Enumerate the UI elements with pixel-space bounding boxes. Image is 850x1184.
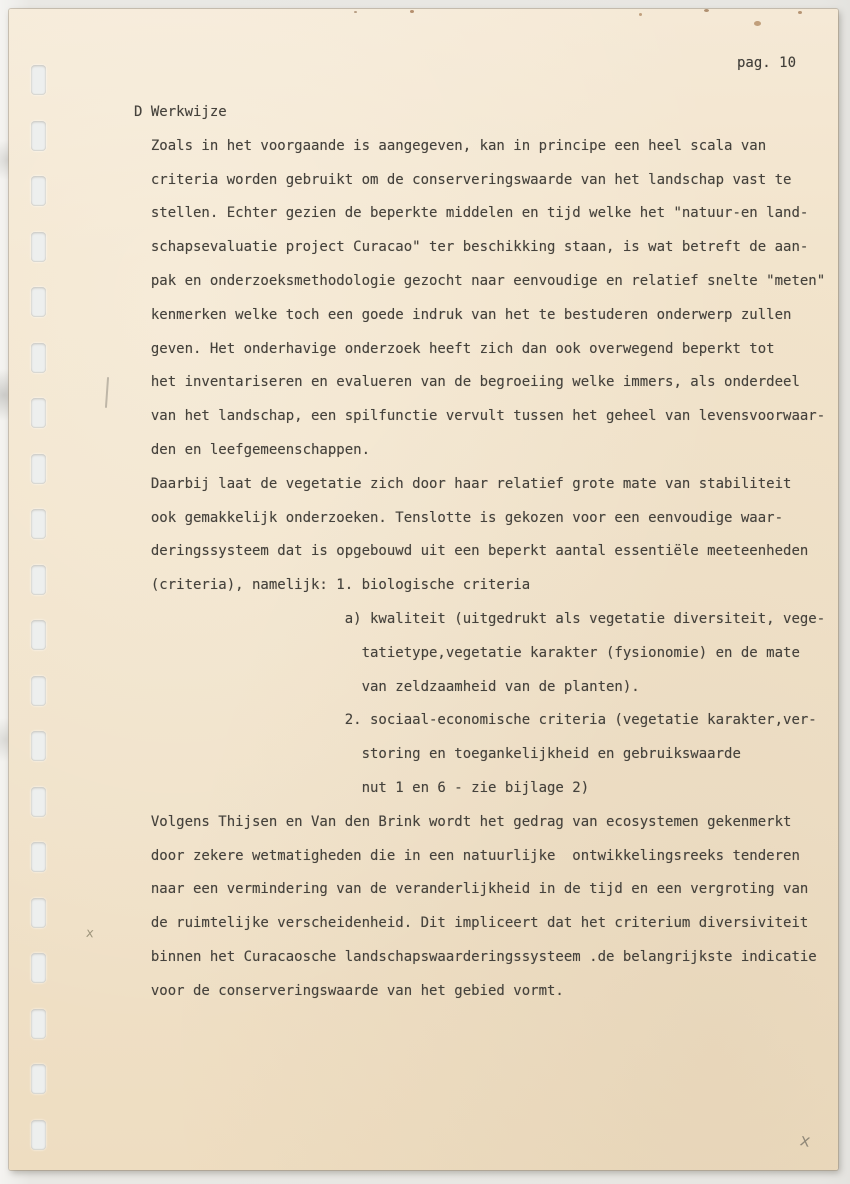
section-heading: D Werkwijze (134, 96, 834, 130)
pencil-slash-mark (105, 377, 109, 408)
text-line: Daarbij laat de vegetatie zich door haar… (134, 468, 834, 502)
binder-hole (31, 287, 46, 317)
text-line: 2. sociaal-economische criteria (vegetat… (134, 704, 834, 738)
text-line: schapsevaluatie project Curacao" ter bes… (134, 231, 834, 265)
rust-stain (639, 13, 642, 16)
text-line: geven. Het onderhavige onderzoek heeft z… (134, 333, 834, 367)
page-number: pag. 10 (737, 55, 796, 72)
text-line: ook gemakkelijk onderzoeken. Tenslotte i… (134, 502, 834, 536)
text-line: van het landschap, een spilfunctie vervu… (134, 400, 834, 434)
text-line: door zekere wetmatigheden die in een nat… (134, 840, 834, 874)
binder-hole (31, 1009, 46, 1039)
text-line: stellen. Echter gezien de beperkte midde… (134, 197, 834, 231)
binder-hole (31, 953, 46, 983)
binder-hole (31, 787, 46, 817)
document-page: pag. 10 D Werkwijze Zoals in het voorgaa… (9, 9, 838, 1170)
text-line: de ruimtelijke verscheidenheid. Dit impl… (134, 907, 834, 941)
binder-hole (31, 176, 46, 206)
binder-hole (31, 842, 46, 872)
text-line: (criteria), namelijk: 1. biologische cri… (134, 569, 834, 603)
binder-hole (31, 232, 46, 262)
binder-hole (31, 676, 46, 706)
text-line: naar een vermindering van de veranderlij… (134, 873, 834, 907)
text-line: deringssysteem dat is opgebouwd uit een … (134, 535, 834, 569)
pencil-x-mark-left: x (85, 926, 94, 942)
binder-hole (31, 731, 46, 761)
text-line: criteria worden gebruikt om de conserver… (134, 164, 834, 198)
rust-stain (754, 21, 761, 26)
binder-hole (31, 65, 46, 95)
binder-hole (31, 1064, 46, 1094)
binder-hole (31, 398, 46, 428)
rust-stain (354, 11, 357, 13)
text-line: Volgens Thijsen en Van den Brink wordt h… (134, 806, 834, 840)
binder-hole (31, 620, 46, 650)
text-line: het inventariseren en evalueren van de b… (134, 366, 834, 400)
binder-hole (31, 565, 46, 595)
typewritten-text: D Werkwijze Zoals in het voorgaande is a… (134, 96, 834, 1009)
binder-hole (31, 509, 46, 539)
scan-background: pag. 10 D Werkwijze Zoals in het voorgaa… (0, 0, 850, 1184)
binder-hole (31, 454, 46, 484)
binder-hole (31, 343, 46, 373)
text-line: nut 1 en 6 - zie bijlage 2) (134, 772, 834, 806)
text-line: Zoals in het voorgaande is aangegeven, k… (134, 130, 834, 164)
text-line: storing en toegankelijkheid en gebruiksw… (134, 738, 834, 772)
binder-hole (31, 1120, 46, 1150)
binder-hole (31, 121, 46, 151)
binder-hole (31, 898, 46, 928)
text-line: voor de conserveringswaarde van het gebi… (134, 975, 834, 1009)
rust-stain (798, 11, 802, 14)
text-line: binnen het Curacaosche landschapswaarder… (134, 941, 834, 975)
text-line: a) kwaliteit (uitgedrukt als vegetatie d… (134, 603, 834, 637)
text-line: kenmerken welke toch een goede indruk va… (134, 299, 834, 333)
pencil-x-mark-bottom: x (798, 1130, 812, 1152)
rust-stain (410, 10, 414, 13)
rust-stain (704, 9, 709, 12)
text-line: pak en onderzoeksmethodologie gezocht na… (134, 265, 834, 299)
text-line: den en leefgemeenschappen. (134, 434, 834, 468)
text-line: tatietype,vegetatie karakter (fysionomie… (134, 637, 834, 671)
text-line: van zeldzaamheid van de planten). (134, 671, 834, 705)
